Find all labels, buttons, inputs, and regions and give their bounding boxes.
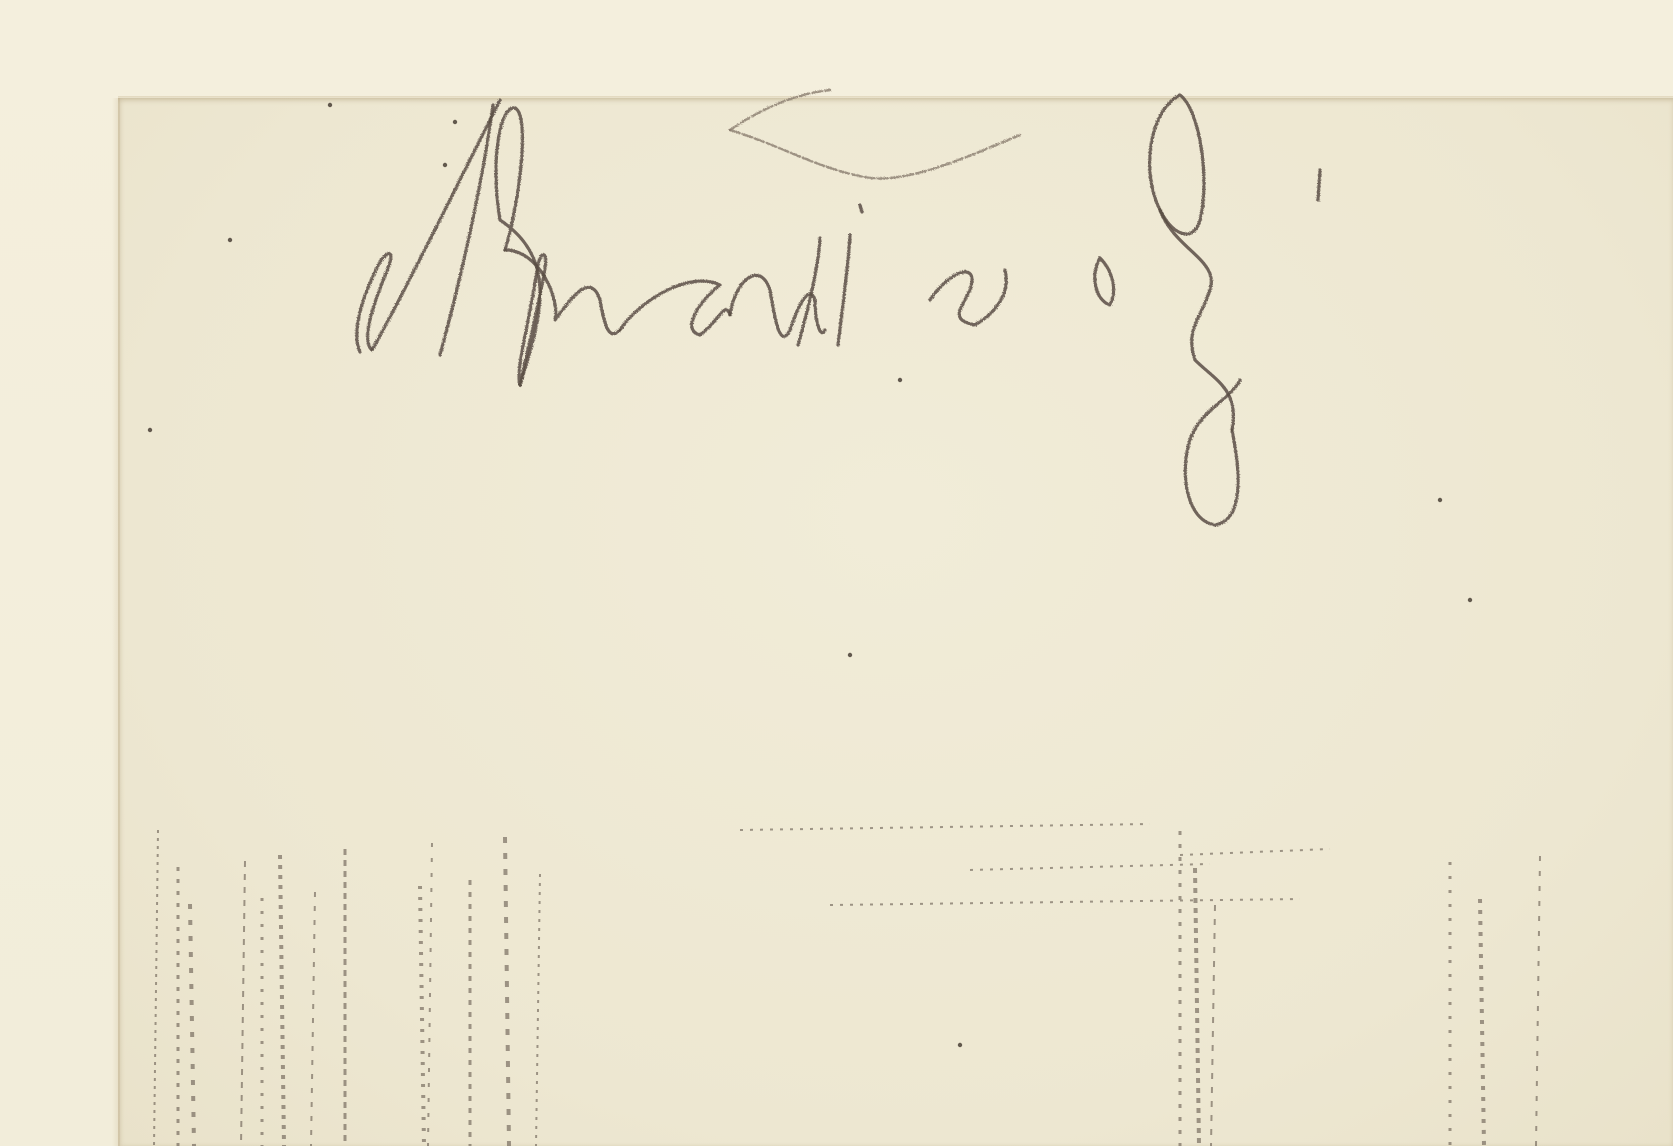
paper-speck xyxy=(328,103,332,107)
paper-speck xyxy=(443,163,447,167)
sketch-line xyxy=(428,843,432,1146)
signature-flourish xyxy=(730,90,1020,178)
sketch-dash xyxy=(1180,849,1330,855)
faint-sketch-marks xyxy=(154,824,1540,1146)
sketch-line xyxy=(1211,905,1215,1146)
sketch-line xyxy=(280,855,284,1146)
signature-stroke xyxy=(357,254,391,352)
sketch-dash xyxy=(740,824,1150,830)
sketch-line xyxy=(1195,868,1199,1146)
sketch-dash xyxy=(970,864,1210,870)
paper-speck xyxy=(453,120,457,124)
signature-stroke xyxy=(440,105,493,355)
paper-speck xyxy=(848,653,852,657)
signature-stroke xyxy=(860,205,862,212)
sketch-line xyxy=(1480,899,1484,1146)
signature-stroke xyxy=(930,270,1006,325)
paper-speck xyxy=(228,238,232,242)
flourish-stroke xyxy=(730,90,830,130)
signature-stroke xyxy=(505,250,620,334)
signature-stroke xyxy=(496,108,540,385)
artwork xyxy=(0,0,1673,1146)
sketch-line xyxy=(241,861,245,1146)
sketch-line xyxy=(420,886,424,1146)
sketch-dash xyxy=(830,899,1300,905)
paper-speck xyxy=(1438,498,1442,502)
paper-speck xyxy=(1468,598,1472,602)
sketch-line xyxy=(505,837,509,1146)
signature-stroke xyxy=(620,281,730,335)
paper-speck xyxy=(958,1043,962,1047)
signature-stroke xyxy=(372,100,500,350)
signature-stroke xyxy=(798,238,820,345)
sketch-line xyxy=(1536,856,1540,1146)
handwritten-signature xyxy=(357,95,1320,525)
sketch-line xyxy=(154,830,158,1146)
signature-stroke xyxy=(1318,170,1320,200)
sketch-line xyxy=(311,892,315,1146)
signature-stroke xyxy=(838,235,850,345)
signature-stroke xyxy=(1160,210,1234,430)
signature-stroke xyxy=(1095,258,1114,305)
paper-speck xyxy=(898,378,902,382)
signature-stroke xyxy=(730,275,825,336)
signature-stroke xyxy=(1150,95,1204,234)
flourish-stroke xyxy=(730,130,1020,178)
sketch-line xyxy=(190,904,194,1146)
paper-speck xyxy=(148,428,152,432)
sketch-line xyxy=(536,874,540,1146)
